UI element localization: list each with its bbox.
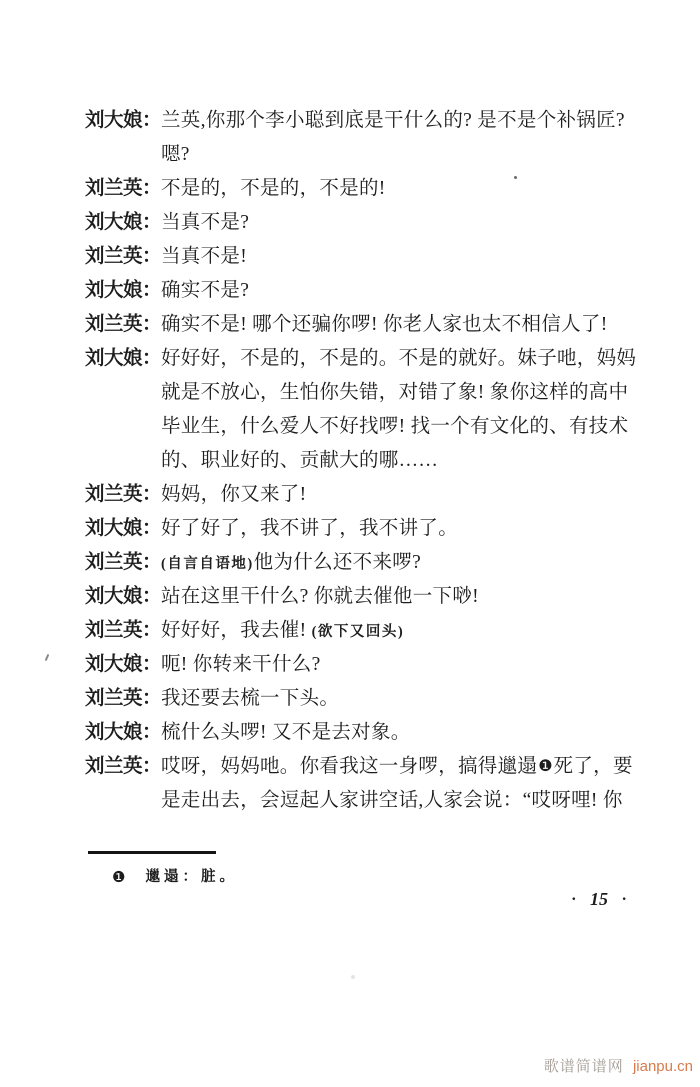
dialogue-line: 的、职业好的、贡献大的哪…… <box>85 444 665 478</box>
dialogue-line: 刘兰英：(自言自语地)他为什么还不来啰? <box>85 546 665 580</box>
scan-speck <box>45 654 50 661</box>
speech: 刘大娘：呃! 你转来干什么? <box>85 648 665 682</box>
stage-direction: (欲下又回头) <box>312 624 405 640</box>
speech: 刘大娘：梳什么头啰! 又不是去对象。 <box>85 716 665 750</box>
dialogue-line: 是走出去，会逗起人家讲空话,人家会说：“哎呀哩! 你 <box>85 784 665 818</box>
dialogue-line: 刘大娘：确实不是? <box>85 274 665 308</box>
speaker-name: 刘兰英： <box>85 750 161 784</box>
dialogue-line: 刘兰英：我还要去梳一下头。 <box>85 682 665 716</box>
page-number: · 15 · <box>556 889 642 910</box>
dialogue-text: 好好好，我去催! <box>161 620 312 641</box>
footnote-ref-marker: ❶ <box>537 758 553 775</box>
speaker-name: 刘兰英： <box>85 240 161 274</box>
script-page: 刘大娘：兰英,你那个李小聪到底是干什么的? 是不是个补锅匠?嗯?刘兰英：不是的，… <box>0 0 700 1087</box>
watermark-site-name: 歌谱简谱网 <box>544 1058 624 1075</box>
dialogue-line: 刘大娘：兰英,你那个李小聪到底是干什么的? 是不是个补锅匠? <box>85 104 665 138</box>
dialogue-text: 就是不放心，生怕你失错，对错了象! 象你这样的高中 <box>161 382 628 403</box>
speech: 刘大娘：好了好了，我不讲了，我不讲了。 <box>85 512 665 546</box>
dialogue-line: 刘兰英：妈妈，你又来了! <box>85 478 665 512</box>
speaker-name: 刘大娘： <box>85 716 161 750</box>
dialogue-line: 毕业生，什么爱人不好找啰! 找一个有文化的、有技术 <box>85 410 665 444</box>
dialogue-line: 刘大娘：呃! 你转来干什么? <box>85 648 665 682</box>
page-number-left-dot: · <box>571 891 576 908</box>
speech: 刘大娘：确实不是? <box>85 274 665 308</box>
speaker-name: 刘大娘： <box>85 512 161 546</box>
dialogue-text: 妈妈，你又来了! <box>161 484 306 505</box>
footnote-marker-icon: ❶ <box>112 870 125 886</box>
dialogue-text: 是走出去，会逗起人家讲空话,人家会说：“哎呀哩! 你 <box>161 790 623 811</box>
speaker-name: 刘兰英： <box>85 308 161 342</box>
dialogue-text: 确实不是? <box>161 280 249 301</box>
dialogue-text: 确实不是! 哪个还骗你啰! 你老人家也太不相信人了! <box>161 314 608 335</box>
dialogue-text: 好好好，不是的，不是的。不是的就好。妹子吔，妈妈 <box>161 348 636 369</box>
speech: 刘兰英：当真不是! <box>85 240 665 274</box>
dialogue-text: 站在这里干什么? 你就去催他一下唦! <box>161 586 479 607</box>
speaker-name: 刘大娘： <box>85 580 161 614</box>
dialogue-text: 我还要去梳一下头。 <box>161 688 339 709</box>
scan-speck <box>351 975 355 979</box>
dialogue-text: 不是的，不是的，不是的! <box>161 178 386 199</box>
speaker-name: 刘兰英： <box>85 682 161 716</box>
speech: 刘大娘：好好好，不是的，不是的。不是的就好。妹子吔，妈妈就是不放心，生怕你失错，… <box>85 342 665 478</box>
dialogue-text: 呃! 你转来干什么? <box>161 654 321 675</box>
speaker-name: 刘兰英： <box>85 172 161 206</box>
dialogue-text: 嗯? <box>161 144 190 165</box>
dialogue-line: 刘兰英：哎呀，妈妈吔。你看我这一身啰，搞得邋遢❶死了，要 <box>85 750 665 784</box>
dialogue-line: 刘兰英：当真不是! <box>85 240 665 274</box>
speaker-name: 刘大娘： <box>85 104 161 138</box>
speech: 刘大娘：站在这里干什么? 你就去催他一下唦! <box>85 580 665 614</box>
stage-direction: (自言自语地) <box>161 556 254 572</box>
dialogue-line: 刘兰英：好好好，我去催! (欲下又回头) <box>85 614 665 648</box>
page-number-right-dot: · <box>622 891 627 908</box>
dialogue-line: 刘大娘：站在这里干什么? 你就去催他一下唦! <box>85 580 665 614</box>
dialogue-text: 毕业生，什么爱人不好找啰! 找一个有文化的、有技术 <box>161 416 628 437</box>
speech: 刘兰英：我还要去梳一下头。 <box>85 682 665 716</box>
dialogue-text: 梳什么头啰! 又不是去对象。 <box>161 722 411 743</box>
speaker-name: 刘大娘： <box>85 274 161 308</box>
speaker-name: 刘大娘： <box>85 342 161 376</box>
speech: 刘兰英：哎呀，妈妈吔。你看我这一身啰，搞得邋遢❶死了，要是走出去，会逗起人家讲空… <box>85 750 665 818</box>
footnote-divider <box>88 851 216 854</box>
dialogue-text: 当真不是? <box>161 212 249 233</box>
dialogue-text: 当真不是! <box>161 246 247 267</box>
dialogue-line: 刘兰英：不是的，不是的，不是的! <box>85 172 665 206</box>
dialogue-area: 刘大娘：兰英,你那个李小聪到底是干什么的? 是不是个补锅匠?嗯?刘兰英：不是的，… <box>85 104 665 818</box>
scan-speck <box>514 176 517 179</box>
dialogue-line: 刘大娘：好好好，不是的，不是的。不是的就好。妹子吔，妈妈 <box>85 342 665 376</box>
speech: 刘大娘：兰英,你那个李小聪到底是干什么的? 是不是个补锅匠?嗯? <box>85 104 665 172</box>
dialogue-text: 哎呀，妈妈吔。你看我这一身啰，搞得邋遢 <box>161 756 537 777</box>
speaker-name: 刘兰英： <box>85 614 161 648</box>
speech: 刘兰英：不是的，不是的，不是的! <box>85 172 665 206</box>
dialogue-text: 好了好了，我不讲了，我不讲了。 <box>161 518 458 539</box>
dialogue-line: 就是不放心，生怕你失错，对错了象! 象你这样的高中 <box>85 376 665 410</box>
dialogue-line: 刘大娘：梳什么头啰! 又不是去对象。 <box>85 716 665 750</box>
speech: 刘兰英：确实不是! 哪个还骗你啰! 你老人家也太不相信人了! <box>85 308 665 342</box>
speech: 刘兰英：(自言自语地)他为什么还不来啰? <box>85 546 665 580</box>
dialogue-text: 兰英,你那个李小聪到底是干什么的? 是不是个补锅匠? <box>161 110 625 131</box>
watermark-site-url: jianpu.cn <box>633 1058 693 1075</box>
footnote-text: 邋遢：脏。 <box>145 869 238 885</box>
dialogue-line: 嗯? <box>85 138 665 172</box>
speech: 刘兰英：好好好，我去催! (欲下又回头) <box>85 614 665 648</box>
footnote: ❶ 邋遢：脏。 <box>112 866 238 888</box>
watermark: 歌谱简谱网 jianpu.cn <box>544 1055 693 1076</box>
speaker-name: 刘兰英： <box>85 546 161 580</box>
speech: 刘兰英：妈妈，你又来了! <box>85 478 665 512</box>
speaker-name: 刘大娘： <box>85 648 161 682</box>
speaker-name: 刘大娘： <box>85 206 161 240</box>
dialogue-line: 刘兰英：确实不是! 哪个还骗你啰! 你老人家也太不相信人了! <box>85 308 665 342</box>
speech: 刘大娘：当真不是? <box>85 206 665 240</box>
dialogue-line: 刘大娘：好了好了，我不讲了，我不讲了。 <box>85 512 665 546</box>
dialogue-text: 他为什么还不来啰? <box>254 552 421 573</box>
dialogue-line: 刘大娘：当真不是? <box>85 206 665 240</box>
speaker-name: 刘兰英： <box>85 478 161 512</box>
page-number-value: 15 <box>590 889 608 909</box>
dialogue-text: 死了，要 <box>554 756 633 777</box>
dialogue-text: 的、职业好的、贡献大的哪…… <box>161 450 438 471</box>
